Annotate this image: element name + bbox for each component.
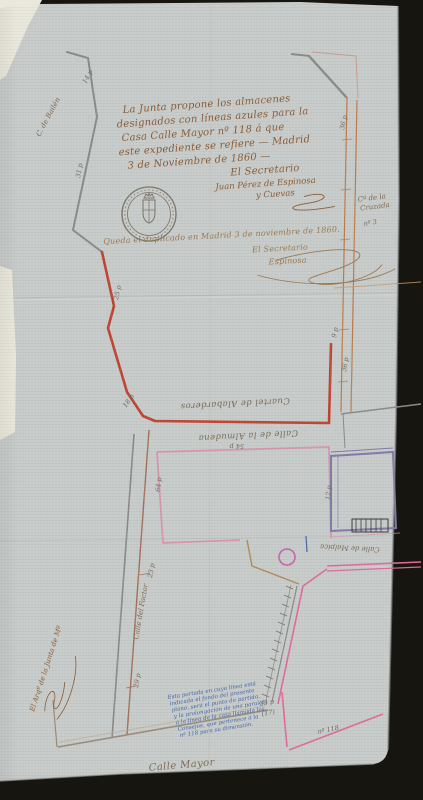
measurement-label: 12 p	[324, 484, 333, 500]
plan-drawing: La Junta propone los almacenes designado…	[0, 0, 423, 800]
measurement-label: 64 p	[154, 476, 163, 492]
measurement-label: 54 p	[229, 442, 245, 451]
scanned-plan-photo: La Junta propone los almacenes designado…	[0, 0, 423, 800]
